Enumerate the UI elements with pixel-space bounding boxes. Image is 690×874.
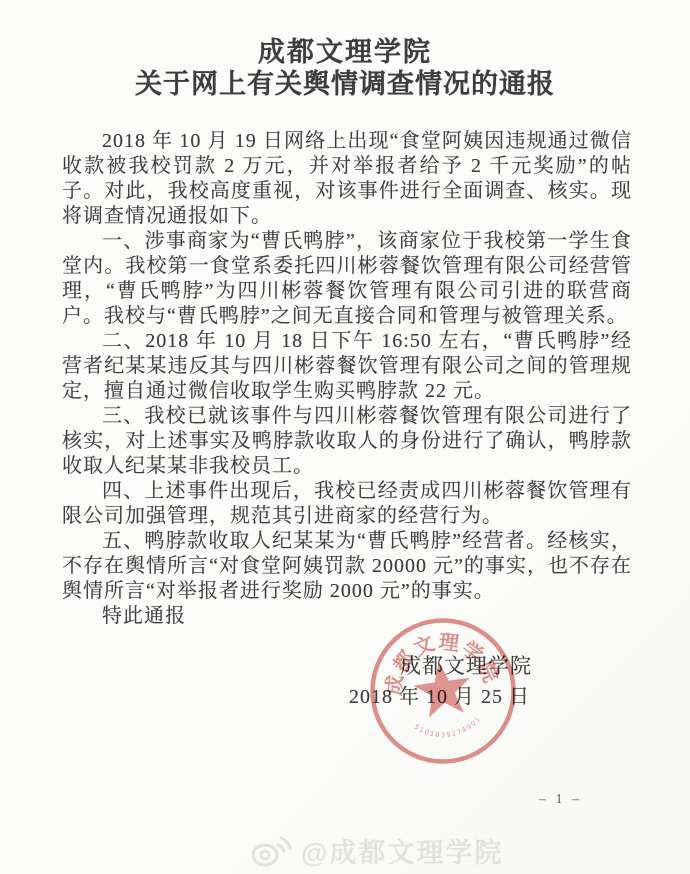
body-paragraph: 三、我校已就该事件与四川彬蓉餐饮管理有限公司进行了核实，对上述事实及鸭脖款收取人… [62,404,632,479]
signature-date: 2018 年 10 月 25 日 [0,685,532,710]
svg-text:5101039274901: 5101039274901 [412,714,485,744]
scanned-notice-page: 成都文理学院 关于网上有关舆情调查情况的通报 2018 年 10 月 19 日网… [0,0,690,874]
org-name-title: 成都文理学院 [0,36,690,68]
weibo-icon [250,833,292,869]
page-number: – 1 – [539,792,582,808]
title-block: 成都文理学院 关于网上有关舆情调查情况的通报 [0,0,690,101]
body-paragraph: 五、鸭脖款收取人纪某某为“曹氏鸭脖”经营者。经核实，不存在舆情所言“对食堂阿姨罚… [62,529,632,604]
body-paragraph: 2018 年 10 月 19 日网络上出现“食堂阿姨因违规通过微信收款被我校罚款… [62,129,632,229]
closing-line: 特此通报 [0,604,690,629]
seal-char: 理 [437,630,461,655]
weibo-watermark: @成都文理学院 [250,831,503,870]
watermark-text: @成都文理学院 [301,831,503,870]
body-paragraph: 二、2018 年 10 月 18 日下午 16:50 左右，“曹氏鸭脖”经营者纪… [62,329,632,404]
notice-title: 关于网上有关舆情调查情况的通报 [0,68,690,101]
signature-org: 成都文理学院 [0,653,532,679]
seal-code: 5101039274901 [412,714,485,744]
body-paragraph: 一、涉事商家为“曹氏鸭脖”，该商家位于我校第一学生食堂内。我校第一食堂系委托四川… [62,229,632,329]
notice-body: 2018 年 10 月 19 日网络上出现“食堂阿姨因违规通过微信收款被我校罚款… [0,129,690,604]
body-paragraph: 四、上述事件出现后，我校已经责成四川彬蓉餐饮管理有限公司加强管理，规范其引进商家… [62,479,632,529]
signature-block: 成都文理学院 2018 年 10 月 25 日 [0,653,690,710]
